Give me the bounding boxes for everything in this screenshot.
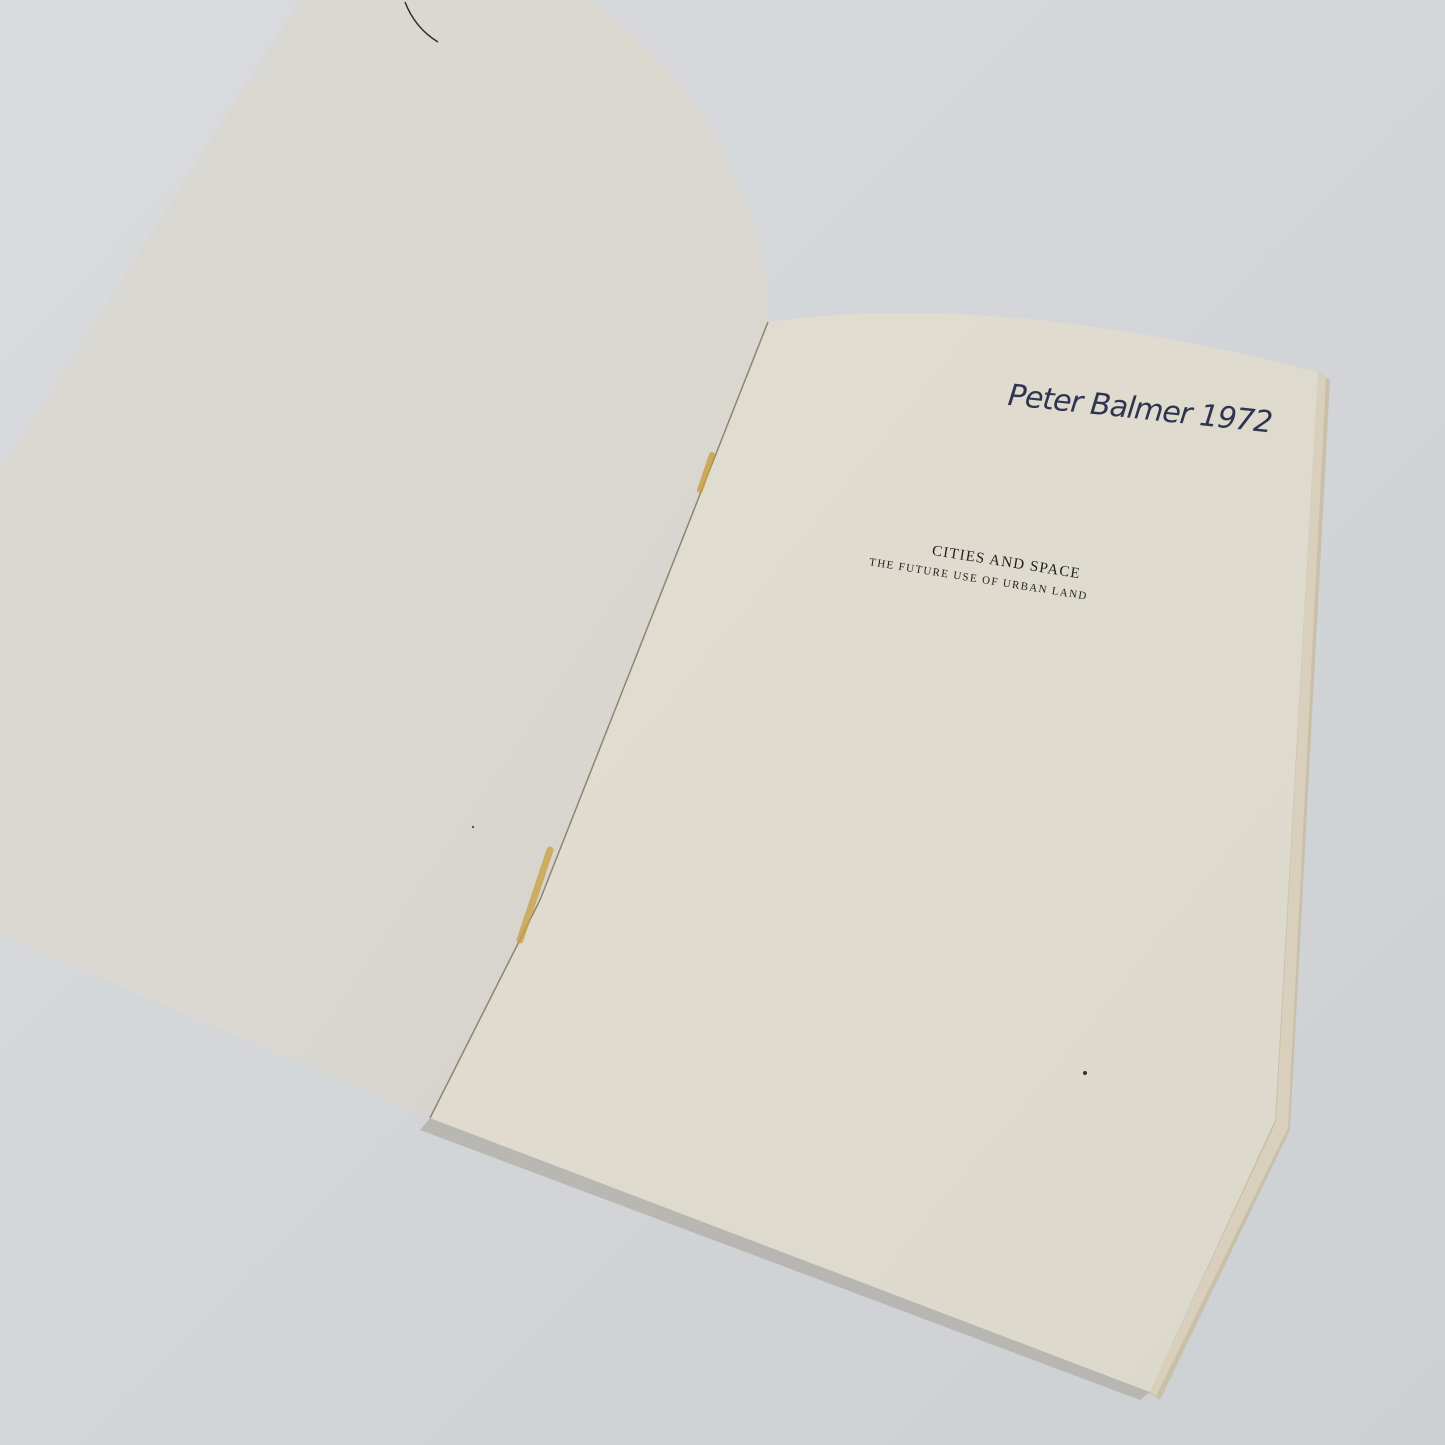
speck <box>472 826 474 828</box>
open-book <box>0 0 1445 1445</box>
speck <box>1083 1071 1087 1075</box>
photo-scene: Peter Balmer 1972 CITIES AND SPACE THE F… <box>0 0 1445 1445</box>
